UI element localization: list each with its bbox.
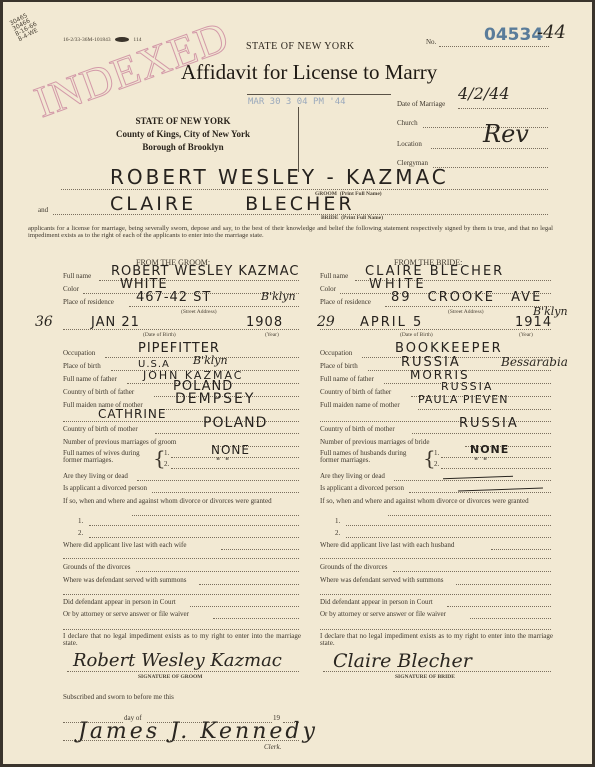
groom-attorney-label: Or by attorney or serve answer or file w…: [63, 610, 189, 618]
groom-residence-label: Place of residence: [63, 298, 114, 306]
sworn-label: Subscribed and sworn to before me this: [63, 693, 174, 701]
bride-living-dead-dash: [443, 476, 513, 479]
bride-full-name-label: Full name: [320, 272, 348, 280]
bride-birth-year[interactable]: 1914: [515, 315, 552, 330]
groom-divorce-1-line[interactable]: [89, 525, 299, 526]
form-code-text: 16-2/33-36M-101843: [63, 37, 111, 43]
bride-mother[interactable]: PAULA PIEVEN: [418, 393, 508, 406]
bride-grounds-line[interactable]: [393, 571, 551, 572]
bride-summons-label: Where was defendant served with summons: [320, 576, 443, 584]
margin-notes: 30465 30466 8-16-66 8-4-WE: [9, 11, 41, 43]
bride-declaration: I declare that no legal impediment exist…: [320, 633, 553, 647]
groom-divorce-when-line[interactable]: [132, 515, 299, 516]
bride-birthplace-note[interactable]: Bessarabia: [501, 355, 568, 369]
bride-former-spouse-2[interactable]: " ": [474, 457, 488, 467]
clerk-signature[interactable]: James J. Kennedy: [78, 719, 318, 744]
groom-divorced-label: Is applicant a divorced person: [63, 484, 147, 492]
church-label: Church: [397, 119, 418, 127]
bride-street-caption: (Street Address): [448, 309, 484, 315]
bride-divorce-1-label: 1.: [335, 517, 340, 525]
groom-signature[interactable]: Robert Wesley Kazmac: [73, 650, 282, 671]
bride-divorce-when-line[interactable]: [388, 515, 551, 516]
bride-prev-marriages-label: Number of previous marriages of bride: [320, 438, 429, 446]
stamp-box-top: [247, 94, 391, 95]
bride-signature[interactable]: Claire Blecher: [333, 650, 472, 672]
groom-summons-line2[interactable]: [63, 594, 299, 595]
bride-attorney-label: Or by attorney or serve answer or file w…: [320, 610, 446, 618]
stamp-box-divider: [298, 107, 299, 172]
groom-father-label: Full name of father: [63, 375, 117, 383]
groom-divorce-2-line[interactable]: [89, 537, 299, 538]
bride-grounds-label: Grounds of the divorces: [320, 563, 387, 571]
bride-summons-line[interactable]: [456, 584, 551, 585]
location-label: Location: [397, 140, 422, 148]
groom-street-caption: (Street Address): [181, 309, 217, 315]
bride-color-label: Color: [320, 285, 336, 293]
groom-mother-line: [161, 409, 299, 410]
groom-color-label: Color: [63, 285, 79, 293]
groom-living-dead-label: Are they living or dead: [63, 472, 128, 480]
bride-year-caption: (Year): [519, 332, 533, 338]
groom-summons-line[interactable]: [199, 584, 299, 585]
groom-divorced-line[interactable]: [152, 492, 299, 493]
groom-former-spouse-1[interactable]: NONE: [211, 443, 250, 457]
number-dotline: [439, 46, 549, 47]
groom-signature-line: [67, 671, 299, 672]
bride-father-country-label: Country of birth of father: [320, 388, 391, 396]
printer-mark-icon: [115, 37, 129, 42]
bride-spouse-1-line: [441, 457, 551, 458]
groom-signature-caption: SIGNATURE OF GROOM: [138, 674, 202, 680]
bride-father-label: Full name of father: [320, 375, 374, 383]
groom-spouse-2-label: 2.: [164, 460, 169, 468]
date-of-marriage-value[interactable]: 4/2/44: [458, 84, 510, 103]
groom-last-lived-label: Where did applicant live last with each …: [63, 541, 186, 549]
groom-living-dead-line[interactable]: [137, 480, 299, 481]
groom-father-country-label: Country of birth of father: [63, 388, 134, 396]
groom-declaration: I declare that no legal impediment exist…: [63, 633, 301, 647]
bride-summons-line2[interactable]: [320, 594, 551, 595]
number-label: No.: [426, 38, 436, 46]
groom-grounds-label: Grounds of the divorces: [63, 563, 130, 571]
bride-residence-line: [385, 306, 551, 307]
groom-occupation-label: Occupation: [63, 349, 95, 357]
jurisdiction-borough: Borough of Brooklyn: [83, 142, 283, 152]
bride-dob[interactable]: APRIL 5: [360, 315, 423, 330]
groom-appear-label: Did defendant appear in person in Court: [63, 598, 176, 606]
bride-last-lived-label: Where did applicant live last with each …: [320, 541, 454, 549]
groom-mother-country-label: Country of birth of mother: [63, 425, 138, 433]
date-of-marriage-line: [458, 108, 548, 109]
bride-print-name[interactable]: CLAIRE BLECHER: [110, 193, 355, 215]
groom-divorce-2-label: 2.: [78, 529, 83, 537]
bride-occupation[interactable]: BOOKKEEPER: [395, 341, 503, 356]
bride-spouse-2-label: 2.: [434, 460, 439, 468]
bride-mother-country-label: Country of birth of mother: [320, 425, 395, 433]
groom-age[interactable]: 36: [35, 314, 53, 330]
groom-attorney-line2[interactable]: [63, 629, 299, 630]
clerk-title: Clerk.: [264, 743, 281, 751]
groom-mother-country[interactable]: POLAND: [203, 415, 267, 431]
bride-attorney-line[interactable]: [470, 618, 551, 619]
groom-last-lived-line[interactable]: [221, 549, 299, 550]
license-number-suffix: -44: [537, 22, 566, 43]
bride-divorced-dash: [458, 488, 543, 492]
bride-last-lived-line[interactable]: [491, 549, 551, 550]
bride-appear-label: Did defendant appear in person in Court: [320, 598, 433, 606]
date-of-marriage-label: Date of Marriage: [397, 100, 445, 108]
groom-residence-borough[interactable]: B'klyn: [261, 290, 296, 303]
bride-residence[interactable]: 89 CROOKE AVE: [391, 290, 542, 305]
bride-attorney-line2[interactable]: [320, 629, 551, 630]
bride-mother-label: Full maiden name of mother: [320, 401, 400, 409]
bride-occupation-label: Occupation: [320, 349, 352, 357]
groom-print-name[interactable]: ROBERT WESLEY - KAZMAC: [110, 165, 449, 189]
groom-summons-label: Where was defendant served with summons: [63, 576, 186, 584]
bride-caption-text: BRIDE: [321, 215, 338, 221]
bride-mother-country[interactable]: RUSSIA: [459, 416, 519, 431]
groom-full-name-label: Full name: [63, 272, 91, 280]
groom-attorney-line[interactable]: [213, 618, 299, 619]
bride-mother-line: [418, 409, 551, 410]
groom-mother-line2-value[interactable]: CATHRINE: [98, 407, 166, 421]
groom-former-spouses-label: Full names of wives during former marria…: [63, 450, 153, 464]
groom-spouse-2-line: [171, 468, 299, 469]
groom-name-line: [61, 189, 548, 190]
oath-paragraph: applicants for a license for marriage, b…: [28, 225, 553, 240]
clergyman-line[interactable]: [433, 167, 548, 168]
bride-last-lived-line2[interactable]: [320, 558, 551, 559]
groom-birthplace-label: Place of birth: [63, 362, 101, 370]
groom-mother[interactable]: DEMPSEY: [175, 391, 255, 407]
groom-divorce-1-label: 1.: [78, 517, 83, 525]
page-title: Affidavit for License to Marry: [181, 60, 437, 85]
groom-divorce-when-label: If so, when and where and against whom d…: [63, 496, 301, 507]
location-line: [431, 148, 548, 149]
jurisdiction-county: County of Kings, City of New York: [83, 129, 283, 139]
groom-last-lived-line2[interactable]: [63, 558, 299, 559]
groom-spouse-1-line: [171, 457, 299, 458]
license-number: 04534: [484, 25, 543, 45]
groom-birthplace-note[interactable]: B'klyn: [193, 354, 228, 367]
bride-spouse-2-line: [441, 468, 551, 469]
bride-living-dead-line[interactable]: [394, 480, 551, 481]
groom-appear-line[interactable]: [190, 606, 299, 607]
groom-residence-line: [129, 306, 299, 307]
groom-year-caption: (Year): [265, 332, 279, 338]
bride-birthplace-label: Place of birth: [320, 362, 358, 370]
bride-living-dead-label: Are they living or dead: [320, 472, 385, 480]
jurisdiction-state: STATE OF NEW YORK: [83, 116, 283, 126]
bride-mother-country-line: [412, 433, 551, 434]
received-stamp: MAR 30 3 04 PM '44: [248, 97, 346, 107]
bride-spouse-1-label: 1.: [434, 449, 439, 457]
groom-grounds-line[interactable]: [136, 571, 299, 572]
jurisdiction: STATE OF NEW YORK County of Kings, City …: [83, 116, 283, 152]
bride-caption: BRIDE (Print Full Name): [321, 215, 383, 221]
bride-former-spouse-1[interactable]: NONE: [470, 443, 509, 456]
bride-residence-label: Place of residence: [320, 298, 371, 306]
groom-mother-country-line: [155, 433, 299, 434]
groom-former-spouse-2[interactable]: " ": [216, 457, 230, 467]
state-header: STATE OF NEW YORK: [246, 41, 355, 52]
groom-spouse-1-label: 1.: [164, 449, 169, 457]
affidavit-document: 30465 30466 8-16-66 8-4-WE 16-2/33-36M-1…: [3, 2, 592, 764]
bride-age[interactable]: 29: [317, 314, 335, 330]
location-value[interactable]: Rev: [483, 120, 529, 148]
groom-dob[interactable]: JAN 21: [91, 315, 140, 330]
bride-appear-line[interactable]: [447, 606, 551, 607]
bride-father-country[interactable]: RUSSIA: [441, 380, 493, 393]
and-label: and: [38, 206, 48, 214]
bride-divorce-2-line[interactable]: [346, 537, 551, 538]
bride-divorce-1-line[interactable]: [346, 525, 551, 526]
bride-divorced-label: Is applicant a divorced person: [320, 484, 404, 492]
bride-divorce-2-label: 2.: [335, 529, 340, 537]
bride-divorced-line[interactable]: [409, 492, 551, 493]
bride-dob-caption: (Date of Birth): [400, 332, 433, 338]
groom-birth-year[interactable]: 1908: [246, 315, 283, 330]
bride-former-spouses-label: Full names of husbands during former mar…: [320, 450, 415, 464]
bride-signature-caption: SIGNATURE OF BRIDE: [395, 674, 455, 680]
bride-divorce-when-label: If so, when and where and against whom d…: [320, 496, 553, 507]
groom-prev-marriages-label: Number of previous marriages of groom: [63, 438, 176, 446]
groom-dob-caption: (Date of Birth): [143, 332, 176, 338]
bride-caption-note: (Print Full Name): [341, 215, 383, 221]
groom-residence[interactable]: 467-42 ST: [136, 290, 211, 305]
